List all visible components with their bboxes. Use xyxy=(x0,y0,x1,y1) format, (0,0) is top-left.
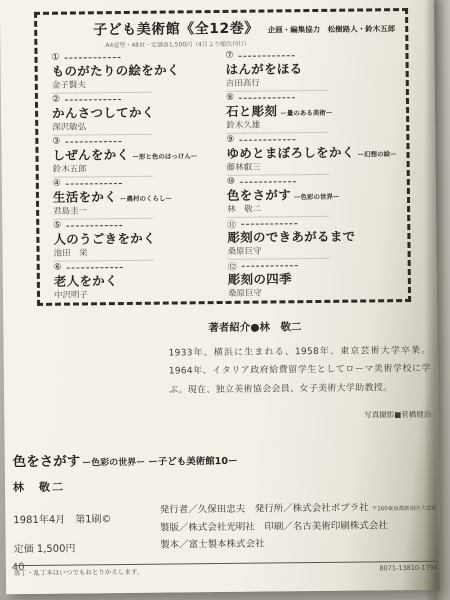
volume-title: 彫刻の四季 xyxy=(228,271,292,287)
volume-title-row: 彫刻の四季 xyxy=(228,270,398,289)
volume-number-row: ⑩ xyxy=(227,175,397,187)
volume-number: ⑩ xyxy=(227,177,235,187)
volume-title: 石と彫刻 xyxy=(226,103,277,119)
colophon-right: 発行者／久保田忠夫 発行所／株式会社ポプラ社 〒160東京都新宿区大京町 製版／… xyxy=(160,499,438,555)
volume-title: ゆめとまぼろしをかく xyxy=(226,145,354,161)
photo-credit: 写真撮影■菅橋健治 xyxy=(169,409,431,423)
dash-line xyxy=(242,265,298,267)
publisher-line: 発行者／久保田忠夫 発行所／株式会社ポプラ社 〒160東京都新宿区大京町 xyxy=(160,499,438,519)
volume-columns: ① ものがたりの絵をかく 金子賢夫 ② かんさつしてかく 深沢敏弘 ③ しぜんを… xyxy=(51,49,398,305)
volume-title: かんさつしてかく xyxy=(52,105,155,121)
author-intro-section: 著者紹介●林 敬二 1933年、横浜に生まれる、1958年、東京芸術大学卒業。1… xyxy=(168,318,431,423)
volume-title-row: しぜんをかくー形と色のはっけんー xyxy=(52,146,218,165)
volume-number-row: ⑧ xyxy=(226,91,396,103)
volume-number-row: ⑤ xyxy=(53,219,219,231)
volume-number-row: ⑫ xyxy=(228,259,398,271)
dash-line xyxy=(65,141,121,143)
dash-line xyxy=(66,183,122,185)
dash-line xyxy=(240,181,296,183)
volume-number: ⑦ xyxy=(225,51,233,61)
volume-item-5: ⑤ 人のうごきをかく 池田 栄 xyxy=(53,219,219,263)
volume-number-row: ① xyxy=(51,51,217,63)
series-list-box: 子ども美術館《全12巻》 企画・編集協力 松樹路人・鈴木五郎 A4変型・48頁・… xyxy=(34,8,411,306)
volume-column-right: ⑦ はんがをほる 吉田高行 ⑧ 石と彫刻ー量のある美術ー 鈴木久雄 ⑨ ゆめとま… xyxy=(217,49,398,303)
volume-number: ⑥ xyxy=(54,263,62,273)
volume-item-9: ⑨ ゆめとまぼろしをかくー幻想の絵ー 藤林叡三 xyxy=(226,133,396,177)
volume-author: 君島圭一 xyxy=(53,205,219,217)
book-code: 8071-13810-1794 xyxy=(379,563,438,573)
volume-author: 池田 栄 xyxy=(54,247,220,259)
volume-title: 老人をかく xyxy=(54,273,118,289)
volume-item-2: ② かんさつしてかく 深沢敏弘 xyxy=(52,93,218,137)
binding-line: 製本／富士製本株式会社 xyxy=(160,534,438,554)
volume-subtitle: ー色彩の世界ー xyxy=(294,193,340,201)
volume-item-11: ⑪ 彫刻のできあがるまで 桑原巨守 xyxy=(227,217,397,261)
volume-subtitle: ー形と色のはっけんー xyxy=(132,152,197,161)
volume-subtitle: ー農村のくらしー xyxy=(120,194,172,203)
colophon-author: 林 敬二 xyxy=(13,475,437,495)
volume-title: ものがたりの絵をかく xyxy=(52,62,180,78)
volume-number-row: ⑦ xyxy=(225,49,395,61)
book-title: 色をさがす xyxy=(13,449,81,470)
volume-number: ② xyxy=(52,95,60,105)
volume-title-row: かんさつしてかく xyxy=(52,104,218,123)
volume-title-row: 人のうごきをかく xyxy=(53,230,219,249)
author-bio-text: 1933年、横浜に生まれる、1958年、東京芸術大学卒業。1964年、イタリア政… xyxy=(169,342,432,400)
volume-number: ⑤ xyxy=(53,221,61,231)
volume-number-row: ⑪ xyxy=(227,217,397,229)
volume-item-12: ⑫ 彫刻の四季 桑原巨守 xyxy=(228,259,398,303)
volume-number-row: ② xyxy=(52,93,218,105)
volume-item-3: ③ しぜんをかくー形と色のはっけんー 鈴木五郎 xyxy=(52,135,218,179)
volume-author: 藤林叡三 xyxy=(227,161,397,173)
dash-line xyxy=(239,97,295,99)
colophon-title-row: 色をさがす ー色彩の世界ー ー子ども美術館10ー xyxy=(13,446,437,470)
price-line: 定価 1,500円 xyxy=(14,539,161,556)
author-intro-heading: 著者紹介●林 敬二 xyxy=(208,318,430,335)
publisher-address: 〒160東京都新宿区大京町 xyxy=(372,506,438,513)
returns-note: 落丁・乱丁本はいつでもおとりかえします。 xyxy=(14,567,144,577)
volume-number-row: ⑥ xyxy=(54,261,220,273)
edition-line: 1981年4月 第1刷© xyxy=(13,510,160,527)
dash-line xyxy=(65,57,121,59)
volume-item-10: ⑩ 色をさがすー色彩の世界ー 林 敬二 xyxy=(227,175,397,219)
volume-number-row: ⑨ xyxy=(226,133,396,145)
volume-number: ⑧ xyxy=(226,93,234,103)
volume-item-1: ① ものがたりの絵をかく 金子賢夫 xyxy=(51,51,217,95)
colophon-left: 1981年4月 第1刷© 定価 1,500円 xyxy=(13,502,160,556)
volume-number: ③ xyxy=(52,137,60,147)
volume-title-row: 老人をかく xyxy=(54,272,220,291)
volume-title: はんがをほる xyxy=(226,61,303,77)
book-page: 子ども美術館《全12巻》 企画・編集協力 松樹路人・鈴木五郎 A4変型・48頁・… xyxy=(0,0,440,594)
volume-author: 林 敬二 xyxy=(227,203,397,215)
volume-number: ⑨ xyxy=(226,135,234,145)
series-credit: 企画・編集協力 松樹路人・鈴木五郎 xyxy=(268,23,396,35)
dash-line xyxy=(239,55,295,57)
volume-subtitle: ー量のある美術ー xyxy=(280,109,332,118)
volume-title-row: はんがをほる xyxy=(226,60,396,79)
volume-author: 中沢明子 xyxy=(54,289,220,301)
series-title: 子ども美術館《全12巻》 xyxy=(93,18,259,40)
colophon-footer: 落丁・乱丁本はいつでもおとりかえします。 8071-13810-1794 xyxy=(14,563,438,576)
dash-line xyxy=(241,223,297,225)
volume-author: 桑原巨守 xyxy=(227,245,397,257)
volume-title: 人のうごきをかく xyxy=(53,231,156,247)
volume-number: ⑪ xyxy=(227,217,236,230)
volume-title: 彫刻のできあがるまで xyxy=(227,229,355,245)
volume-item-7: ⑦ はんがをほる 吉田高行 xyxy=(225,49,395,93)
volume-column-left: ① ものがたりの絵をかく 金子賢夫 ② かんさつしてかく 深沢敏弘 ③ しぜんを… xyxy=(51,51,220,305)
volume-title-row: 彫刻のできあがるまで xyxy=(227,228,397,247)
colophon-columns: 1981年4月 第1刷© 定価 1,500円 発行者／久保田忠夫 発行所／株式会… xyxy=(13,499,438,556)
book-page-photo: 子ども美術館《全12巻》 企画・編集協力 松樹路人・鈴木五郎 A4変型・48頁・… xyxy=(0,0,450,600)
volume-title: しぜんをかく xyxy=(52,147,129,163)
volume-author: 金子賢夫 xyxy=(52,79,218,91)
series-note: ー子ども美術館10ー xyxy=(148,453,237,468)
volume-title-row: 石と彫刻ー量のある美術ー xyxy=(226,102,396,121)
page-number: 40 xyxy=(12,562,25,573)
volume-title-row: ものがたりの絵をかく xyxy=(52,62,218,81)
volume-number: ⑫ xyxy=(228,259,237,272)
volume-author: 鈴木五郎 xyxy=(53,163,219,175)
volume-author: 桑原巨守 xyxy=(228,287,398,299)
volume-title-row: 色をさがすー色彩の世界ー xyxy=(227,186,397,205)
volume-subtitle: ー幻想の絵ー xyxy=(358,150,397,158)
volume-number-row: ④ xyxy=(53,177,219,189)
book-subtitle: ー色彩の世界ー xyxy=(82,455,145,469)
volume-title-row: ゆめとまぼろしをかくー幻想の絵ー xyxy=(226,144,396,163)
dash-line xyxy=(66,225,122,227)
series-header: 子ども美術館《全12巻》 企画・編集協力 松樹路人・鈴木五郎 xyxy=(51,16,395,40)
dash-line xyxy=(239,139,295,141)
publisher-text: 発行者／久保田忠夫 発行所／株式会社ポプラ社 xyxy=(160,502,369,515)
volume-title-row: 生活をかくー農村のくらしー xyxy=(53,188,219,207)
volume-number: ④ xyxy=(53,179,61,189)
volume-number: ① xyxy=(51,53,59,63)
volume-number-row: ③ xyxy=(52,135,218,147)
volume-item-6: ⑥ 老人をかく 中沢明子 xyxy=(54,261,220,305)
volume-author: 深沢敏弘 xyxy=(52,121,218,133)
colophon-section: 色をさがす ー色彩の世界ー ー子ども美術館10ー 林 敬二 1981年4月 第1… xyxy=(13,446,438,577)
volume-author: 吉田高行 xyxy=(226,77,396,89)
volume-item-8: ⑧ 石と彫刻ー量のある美術ー 鈴木久雄 xyxy=(226,91,396,135)
dash-line xyxy=(65,99,121,101)
dash-line xyxy=(67,267,123,269)
volume-item-4: ④ 生活をかくー農村のくらしー 君島圭一 xyxy=(53,177,219,221)
volume-author: 鈴木久雄 xyxy=(226,119,396,131)
volume-title: 色をさがす xyxy=(227,187,291,203)
volume-title: 生活をかく xyxy=(53,189,117,205)
